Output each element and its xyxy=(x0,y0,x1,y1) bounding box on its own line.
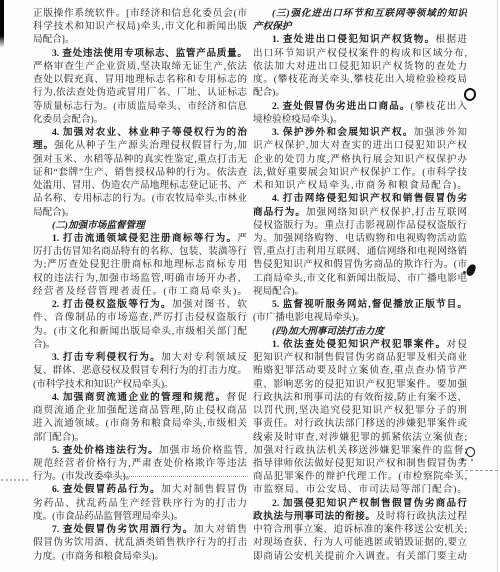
section-heading-line: 产权保护 xyxy=(253,20,467,33)
scan-artifact-margin-dots xyxy=(1,479,28,481)
text-line: 工商局牵头,市文化和新闻出版局、市广播电影电 xyxy=(253,272,467,285)
text-line: 配合)。 xyxy=(253,86,467,99)
text-line: 权的违法行为,加强市场监管,明确市场开办者、 xyxy=(33,272,247,285)
text-line: 3. 打击专利侵权行为。加大对专利领域反 xyxy=(33,351,247,364)
text-line: 度。(市食品药品监督管理局牵头)。 xyxy=(33,510,247,523)
text-line: 化委员会配合)。 xyxy=(33,113,247,126)
text-line: 2. 打击侵权盗版等行为。加强对图书、软 xyxy=(33,298,247,311)
text-line: 4. 加强商贸流通企业的管理和规范。督促 xyxy=(33,391,247,404)
text-line: 政执法与刑事司法的衔接。及时将行政执法过程 xyxy=(253,510,467,523)
text-line: 法,做好重要展会知识产权保护工作。(市科学技 xyxy=(253,166,467,179)
text-line: 2. 查处假冒伪劣进出口商品。(攀枝花出入 xyxy=(253,100,467,113)
text-line: 商品犯罪案件的辩护代理工作。(市检察院牵头, xyxy=(253,470,467,483)
text-line: 证和“套牌”生产、销售授权品种的行为。依法查 xyxy=(33,166,247,179)
text-line: 品名称、专用标志的行为。(市农牧局牵头,市林业 xyxy=(33,192,247,205)
text-line: 重、影响恶劣的侵犯知识产权犯罪案件。要加强 xyxy=(253,378,467,391)
text-line: 正版操作系统软件。[市经济和信息化委员会(市 xyxy=(33,7,247,20)
text-line: 事责任。对行政执法部门移送的涉嫌犯罪案件或 xyxy=(253,417,467,430)
text-line: 线索及时审查,对涉嫌犯罪的抓紧依法立案侦查; xyxy=(253,431,467,444)
text-line: 犯知识产权和制售假冒伪劣商品犯罪及相关商业 xyxy=(253,351,467,364)
section-heading-line: (四)加大刑事司法打击力度 xyxy=(253,325,467,338)
text-line: 商贸流通企业加强配送商品管理,防止侵权商品 xyxy=(33,404,247,417)
text-line: 中符合刑事立案、追诉标准的案件移送公安机关; xyxy=(253,523,467,536)
scan-artifact-ring-mark-bottom xyxy=(465,446,475,457)
text-line: 即商请公安机关提前介入调查。有关部门要主动 xyxy=(253,550,467,563)
text-line: 2. 加强侵犯知识产权制售假冒伪劣商品行 xyxy=(253,497,467,510)
text-line: 局配合]。 xyxy=(33,33,247,46)
text-line: 术和知识产权局牵头,市商务和粮食局配合)。 xyxy=(253,179,467,192)
text-line: 识产权保护,加大对查实的进出口侵犯知识产权 xyxy=(253,139,467,152)
text-column-right: (三)强化进出口环节和互联网等领域的知识产权保护1. 查处进出口侵犯知识产权货物… xyxy=(253,7,467,563)
text-line: 6. 查处假冒药品行为。加大对制售假冒伪 xyxy=(33,483,247,496)
text-line: 部门配合)。 xyxy=(33,431,247,444)
text-line: 市监察局、市公安局、市司法局等部门配合)。 xyxy=(253,483,467,496)
scan-artifact-dotted-smudge xyxy=(96,476,248,477)
text-line: 以罚代刑,坚决追究侵犯知识产权犯罪分子的刑 xyxy=(253,404,467,417)
text-line: 出口环节知识产权侵权案件的构成和区域分布, xyxy=(253,47,467,60)
text-line: 为。(市文化和新闻出版局牵头,市级相关部门配 xyxy=(33,325,247,338)
text-line: 劣药品、扰乱药品生产经营秩序行为的打击力 xyxy=(33,497,247,510)
text-line: 严格审查生产企业资质,坚决取缔无证生产,依法 xyxy=(33,60,247,73)
text-line: 3. 查处违法使用专项标志、监管产品质量。 xyxy=(33,47,247,60)
text-line: 局配合)。 xyxy=(33,206,247,219)
text-line: 复、群体、恶意侵权及假冒专利行为的打击力度。 xyxy=(33,364,247,377)
text-line: 4. 加强对农业、林业种子等侵权行为的治 xyxy=(33,126,247,139)
text-line: 商品行为。加强网络知识产权保护,打击互联网 xyxy=(253,206,467,219)
scan-artifact-ink-blob xyxy=(465,263,476,277)
text-line: 5. 监督视听服务网站,督促播放正版节目。 xyxy=(253,298,467,311)
text-line: 1. 查处进出口侵犯知识产权货物。根据进 xyxy=(253,33,467,46)
text-line: 合)。 xyxy=(33,338,247,351)
text-line: 假冒伪劣饮用酒、扰乱酒类销售秩序行为的打击 xyxy=(33,536,247,549)
text-line: 查处以假充真、冒用地理标志名称和专用标志的 xyxy=(33,73,247,86)
text-line: (市科学技术和知识产权局牵头)。 xyxy=(33,378,247,391)
text-line: 厉打击仿冒知名商品特有的名称、包装、装潢等行 xyxy=(33,245,247,258)
text-line: 依法加大对进出口侵犯知识产权货物的查处力 xyxy=(253,60,467,73)
text-line: 规范经营者价格行为,严肃查处价格欺诈等违法 xyxy=(33,457,247,470)
text-line: 行政执法和刑事司法的有效衔接,防止有案不送、 xyxy=(253,391,467,404)
text-line: 1. 依法查处侵犯知识产权犯罪案件。对侵 xyxy=(253,338,467,351)
scan-artifact-speckle xyxy=(471,459,473,461)
text-line: 售侵犯知识产权和假冒伪劣商品的欺诈行为。(市 xyxy=(253,258,467,271)
scan-artifact-right-edge-line xyxy=(497,0,498,572)
text-line: 7. 查处假冒伪劣饮用酒行为。加大对销售 xyxy=(33,523,247,536)
text-line: 理。强化从种子生产源头治理侵权假冒行为,加 xyxy=(33,139,247,152)
text-line: 指导律师依法做好侵犯知识产权和制售假冒伪劣 xyxy=(253,457,467,470)
text-line: 管,重点打击利用互联网、通信网络和电视网络销 xyxy=(253,245,467,258)
text-line: 4. 打击网络侵犯知识产权和销售假冒伪劣 xyxy=(253,192,467,205)
text-line: 件、音像制品的市场巡查,严厉打击侵权盗版行 xyxy=(33,311,247,324)
text-line: 境检验检疫局牵头)。 xyxy=(253,113,467,126)
text-line: 进入流通领域。(市商务和粮食局牵头,市级相关 xyxy=(33,417,247,430)
text-line: 度。(攀枝花海关牵头,攀枝花出入境检验检疫局 xyxy=(253,73,467,86)
text-line: 强对玉米、水稻等品种的真实性鉴定,重点打击无 xyxy=(33,153,247,166)
text-line: 贿赂犯罪活动要及时立案侦查,重点查办情节严 xyxy=(253,364,467,377)
section-heading-line: (二)加强市场监督管理 xyxy=(33,219,247,232)
text-line: 对现场查获、行为人可能逃匿或销毁证据的,要立 xyxy=(253,536,467,549)
text-line: (市广播电影电视局牵头)。 xyxy=(253,311,467,324)
text-line: 处滥用、冒用、伪造农产品地理标志登记证书、产 xyxy=(33,179,247,192)
section-heading-line: (三)强化进出口环节和互联网等领域的知识 xyxy=(253,7,467,20)
text-line: 经营者及经营管理者责任。(市工商局牵头)。 xyxy=(33,285,247,298)
text-column-left: 正版操作系统软件。[市经济和信息化委员会(市科学技术和知识产权局)牵头,市文化和… xyxy=(33,7,247,563)
scanned-document-page: 正版操作系统软件。[市经济和信息化委员会(市科学技术和知识产权局)牵头,市文化和… xyxy=(0,0,500,572)
text-line: 加强对行政执法机关移送涉嫌犯罪案件的监督; xyxy=(253,444,467,457)
text-line: 科学技术和知识产权局)牵头,市文化和新闻出版 xyxy=(33,20,247,33)
text-line: 1. 打击流通领域侵犯注册商标等行为。严 xyxy=(33,232,247,245)
text-line: 侵权盗版行为。重点打击影视剧作品侵权盗版行 xyxy=(253,219,467,232)
text-line: 3. 保护涉外和会展知识产权。加强涉外知 xyxy=(253,126,467,139)
text-line: 为。加强网络购物、电话购物和电视购物活动监 xyxy=(253,232,467,245)
text-line: 视局配合)。 xyxy=(253,285,467,298)
scan-artifact-left-edge-bar xyxy=(0,0,4,48)
text-line: 力度。(市商务和粮食局牵头)。 xyxy=(33,550,247,563)
text-line: 行为,依法查处伪造或冒用厂名、厂址、认证标志 xyxy=(33,86,247,99)
text-line: 等质量标志行为。(市质监局牵头、市经济和信息 xyxy=(33,100,247,113)
scan-artifact-dashed-smudge xyxy=(455,470,498,471)
scan-artifact-speckle xyxy=(461,458,464,461)
text-line: 5. 查处价格违法行为。加强市场价格监管, xyxy=(33,444,247,457)
text-line: 企业的处罚力度,严格执行展会知识产权保护办 xyxy=(253,153,467,166)
text-columns: 正版操作系统软件。[市经济和信息化委员会(市科学技术和知识产权局)牵头,市文化和… xyxy=(33,7,467,563)
text-line: 为;严厉查处侵犯注册商标和地理标志商标专用 xyxy=(33,258,247,271)
